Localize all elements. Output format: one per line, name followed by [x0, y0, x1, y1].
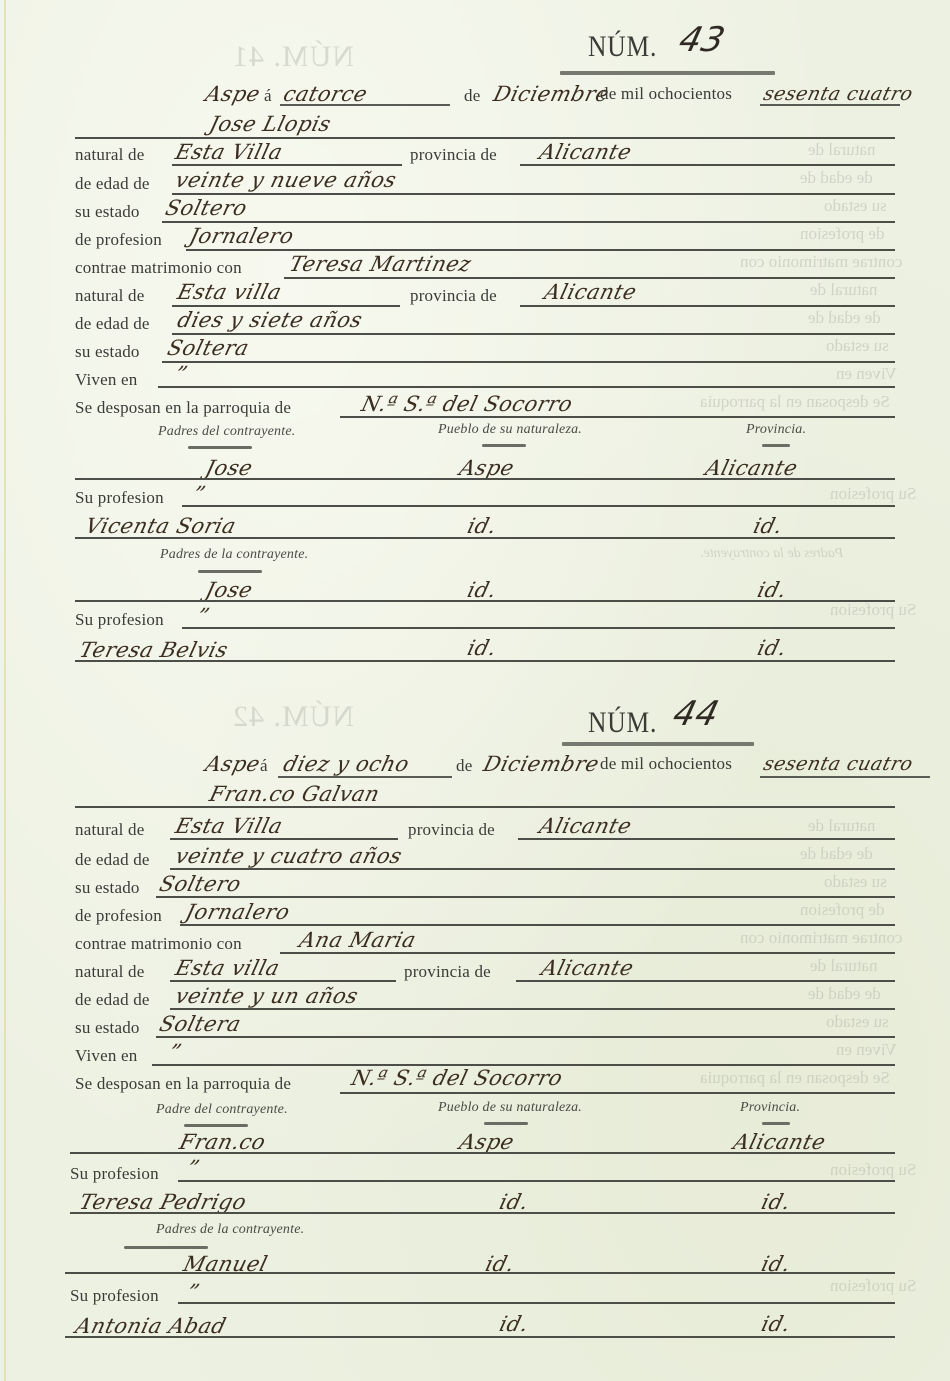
- ghost-line: natural de: [810, 956, 878, 976]
- label-provincia: provincia de: [404, 962, 491, 982]
- rule: [186, 249, 895, 251]
- label-estado: su estado: [75, 1018, 140, 1038]
- groom-father-name: Fran.co: [177, 1130, 268, 1154]
- day: catorce: [281, 82, 370, 106]
- ghost-line: Se desposan en la parroquia: [700, 392, 890, 412]
- label-su-profesion: Su profesion: [70, 1286, 159, 1306]
- ghost-line: contrae matrimonio con: [740, 252, 902, 272]
- ghost-num-bottom: NÚM. 42: [232, 700, 354, 734]
- header-padres-contrayenta: Padres de la contrayente.: [160, 545, 308, 565]
- rule: [170, 838, 398, 840]
- bride-mother-pueblo: id.: [465, 636, 499, 660]
- rule: [520, 305, 895, 307]
- num-underline: [562, 742, 754, 746]
- groom-natural: Esta Villa: [173, 814, 285, 838]
- label-estado: su estado: [75, 878, 140, 898]
- rule: [172, 333, 895, 335]
- label-natural: natural de: [75, 962, 145, 982]
- rule: [75, 478, 895, 480]
- label-estado: su estado: [75, 202, 140, 222]
- groom-edad: veinte y nueve años: [173, 168, 399, 192]
- rule: [170, 980, 396, 982]
- entry-number: 43: [677, 28, 727, 52]
- rule: [760, 776, 930, 778]
- year: sesenta cuatro: [761, 752, 916, 776]
- header-pueblo: Pueblo de su naturaleza.: [438, 420, 582, 440]
- label-profesion: de profesion: [75, 230, 162, 250]
- rule: [170, 868, 895, 870]
- label-edad: de edad de: [75, 314, 150, 334]
- rule: [170, 1008, 895, 1010]
- label-desposan: Se desposan en la parroquia de: [75, 1074, 291, 1094]
- groom-estado: Soltero: [157, 872, 244, 896]
- rule: [75, 600, 895, 602]
- label-provincia: provincia de: [410, 145, 497, 165]
- label-viven: Viven en: [75, 370, 137, 390]
- groom-father-provincia: Alicante: [731, 1130, 828, 1154]
- place: Aspe: [203, 82, 263, 106]
- header-provincia: Provincia.: [740, 1098, 800, 1118]
- rule: [178, 1180, 895, 1182]
- ghost-line: Su profesion: [830, 600, 916, 620]
- ghost-line: Viven en: [836, 364, 897, 384]
- groom-provincia: Alicante: [537, 140, 634, 164]
- label-contrae: contrae matrimonio con: [75, 258, 242, 278]
- bride-edad: veinte y un años: [173, 984, 361, 1008]
- bride-natural: Esta villa: [173, 956, 282, 980]
- rule: [158, 386, 895, 388]
- groom-father-pueblo: Aspe: [457, 456, 517, 480]
- rule: [516, 980, 895, 982]
- rule: [182, 505, 895, 507]
- groom-estado: Soltero: [163, 196, 250, 220]
- label-de-mil: de mil ochocientos: [600, 84, 732, 104]
- ghost-line: natural de: [808, 816, 876, 836]
- ghost-line: su estado: [824, 872, 887, 892]
- ghost-line: de profesion: [800, 900, 885, 920]
- label-de: de: [464, 86, 480, 106]
- groom-mother-name: Teresa Pedrigo: [77, 1190, 249, 1214]
- label-edad: de edad de: [75, 174, 150, 194]
- bride-father-name: Jose: [203, 578, 255, 602]
- label-provincia: provincia de: [410, 286, 497, 306]
- month: Diciembre: [491, 82, 612, 106]
- label-a: á: [264, 86, 272, 106]
- ghost-line: de profesion: [800, 224, 885, 244]
- label-su-profesion: Su profesion: [75, 610, 164, 630]
- rule: [340, 416, 895, 418]
- label-de-mil: de mil ochocientos: [600, 754, 732, 774]
- header-padres-contrayente: Padres del contrayente.: [158, 422, 295, 442]
- bride-edad: dies y siete años: [175, 308, 365, 332]
- year: sesenta cuatro: [761, 82, 916, 106]
- ghost-line: de edad de: [800, 168, 873, 188]
- rule: [65, 1336, 895, 1338]
- ghost-line: de edad de: [808, 984, 881, 1004]
- groom-profesion: Jornalero: [183, 900, 292, 924]
- header-provincia: Provincia.: [746, 420, 806, 440]
- groom-mother-pueblo: id.: [497, 1190, 531, 1214]
- parroquia: N.ª S.ª del Socorro: [359, 392, 575, 416]
- groom-mother-pueblo: id.: [465, 514, 499, 538]
- bride-father-pueblo: id.: [465, 578, 499, 602]
- num-label: NÚM.: [588, 706, 657, 740]
- groom-father-name: Jose: [203, 456, 255, 480]
- label-provincia: provincia de: [408, 820, 495, 840]
- groom-name: Jose Llopis: [207, 112, 334, 136]
- ghost-line: Su profesion: [830, 1276, 916, 1296]
- rule: [180, 924, 895, 926]
- divider: [482, 444, 526, 447]
- place: Aspe: [203, 752, 263, 776]
- bride-provincia: Alicante: [542, 280, 639, 304]
- num-underline: [560, 71, 775, 75]
- bride-mother-provincia: id.: [755, 636, 789, 660]
- groom-provincia: Alicante: [537, 814, 634, 838]
- divider: [124, 1246, 208, 1249]
- groom-father-profesion: ”: [191, 482, 208, 506]
- header-padre-contrayente: Padre del contrayente.: [156, 1100, 288, 1120]
- page-edge: [4, 0, 6, 1381]
- month: Diciembre: [481, 752, 602, 776]
- label-su-profesion: Su profesion: [70, 1164, 159, 1184]
- bride-father-profesion: ”: [195, 604, 212, 628]
- ghost-line: Viven en: [836, 1040, 897, 1060]
- groom-profesion: Jornalero: [187, 224, 296, 248]
- divider: [762, 444, 790, 447]
- rule: [70, 1152, 895, 1154]
- viven-en: ”: [167, 1040, 184, 1064]
- rule: [178, 1302, 895, 1304]
- ghost-line: su estado: [826, 1012, 889, 1032]
- label-su-profesion: Su profesion: [75, 488, 164, 508]
- ghost-line: su estado: [826, 336, 889, 356]
- register-page: NÚM. 41 NÚM. 42 natural de de edad de su…: [0, 0, 950, 1381]
- ghost-line: natural de: [808, 140, 876, 160]
- rule: [75, 137, 895, 139]
- parroquia: N.ª S.ª del Socorro: [349, 1066, 565, 1090]
- ghost-line: de edad de: [800, 844, 873, 864]
- groom-name: Fran.co Galvan: [207, 782, 382, 806]
- ghost-line: Su profesion: [830, 484, 916, 504]
- divider: [198, 570, 262, 573]
- groom-mother-provincia: id.: [751, 514, 785, 538]
- rule: [156, 896, 895, 898]
- rule: [518, 838, 895, 840]
- label-edad: de edad de: [75, 850, 150, 870]
- entry-number: 44: [671, 702, 721, 726]
- rule: [65, 1272, 895, 1274]
- viven-en: ”: [173, 362, 190, 386]
- bride-estado: Soltera: [165, 336, 252, 360]
- label-desposan: Se desposan en la parroquia de: [75, 398, 291, 418]
- label-natural: natural de: [75, 820, 145, 840]
- rule: [75, 537, 895, 539]
- rule: [520, 164, 895, 166]
- bride-mother-name: Antonia Abad: [73, 1314, 229, 1338]
- rule: [75, 660, 895, 662]
- rule: [280, 104, 450, 106]
- day: diez y ocho: [281, 752, 412, 776]
- rule: [760, 104, 900, 106]
- ghost-line: Su profesion: [830, 1160, 916, 1180]
- rule: [75, 806, 895, 808]
- bride-mother-name: Teresa Belvis: [77, 638, 231, 662]
- label-estado: su estado: [75, 342, 140, 362]
- label-edad: de edad de: [75, 990, 150, 1010]
- groom-father-pueblo: Aspe: [457, 1130, 517, 1154]
- rule: [340, 1092, 895, 1094]
- rule: [172, 164, 402, 166]
- bride-mother-provincia: id.: [759, 1312, 793, 1336]
- bride-estado: Soltera: [157, 1012, 244, 1036]
- rule: [162, 361, 895, 363]
- bride-mother-pueblo: id.: [497, 1312, 531, 1336]
- bride-name: Ana Maria: [297, 928, 419, 952]
- rule: [284, 277, 895, 279]
- rule: [172, 193, 895, 195]
- ghost-line: Se desposan en la parroquia: [700, 1068, 890, 1088]
- groom-mother-provincia: id.: [759, 1190, 793, 1214]
- divider: [484, 1122, 528, 1125]
- ghost-line: natural de: [810, 280, 878, 300]
- bride-provincia: Alicante: [539, 956, 636, 980]
- groom-mother-name: Vicenta Soria: [83, 514, 239, 538]
- ghost-line: Padres de la contrayente.: [700, 546, 843, 562]
- ghost-num-top: NÚM. 41: [232, 40, 354, 74]
- rule: [182, 627, 895, 629]
- groom-edad: veinte y cuatro años: [173, 844, 405, 868]
- rule: [162, 221, 895, 223]
- divider: [184, 1124, 248, 1127]
- bride-natural: Esta villa: [175, 280, 284, 304]
- rule: [278, 776, 452, 778]
- label-a: á: [260, 756, 268, 776]
- divider: [762, 1122, 790, 1125]
- rule: [156, 1036, 895, 1038]
- divider: [188, 446, 252, 449]
- label-natural: natural de: [75, 286, 145, 306]
- rule: [280, 952, 895, 954]
- label-viven: Viven en: [75, 1046, 137, 1066]
- groom-natural: Esta Villa: [173, 140, 285, 164]
- ghost-line: su estado: [824, 196, 887, 216]
- header-pueblo: Pueblo de su naturaleza.: [438, 1098, 582, 1118]
- num-label: NÚM.: [588, 30, 657, 64]
- bride-name: Teresa Martinez: [287, 252, 474, 276]
- groom-father-provincia: Alicante: [703, 456, 800, 480]
- label-contrae: contrae matrimonio con: [75, 934, 242, 954]
- bride-father-profesion: ”: [185, 1280, 202, 1304]
- groom-father-profesion: ”: [185, 1156, 202, 1180]
- ghost-line: de edad de: [808, 308, 881, 328]
- label-natural: natural de: [75, 145, 145, 165]
- label-profesion: de profesion: [75, 906, 162, 926]
- header-padres-contrayenta: Padres de la contrayente.: [156, 1220, 304, 1240]
- rule: [70, 1212, 895, 1214]
- rule: [172, 305, 400, 307]
- bride-father-provincia: id.: [755, 578, 789, 602]
- label-de: de: [456, 756, 472, 776]
- ghost-line: contrae matrimonio con: [740, 928, 902, 948]
